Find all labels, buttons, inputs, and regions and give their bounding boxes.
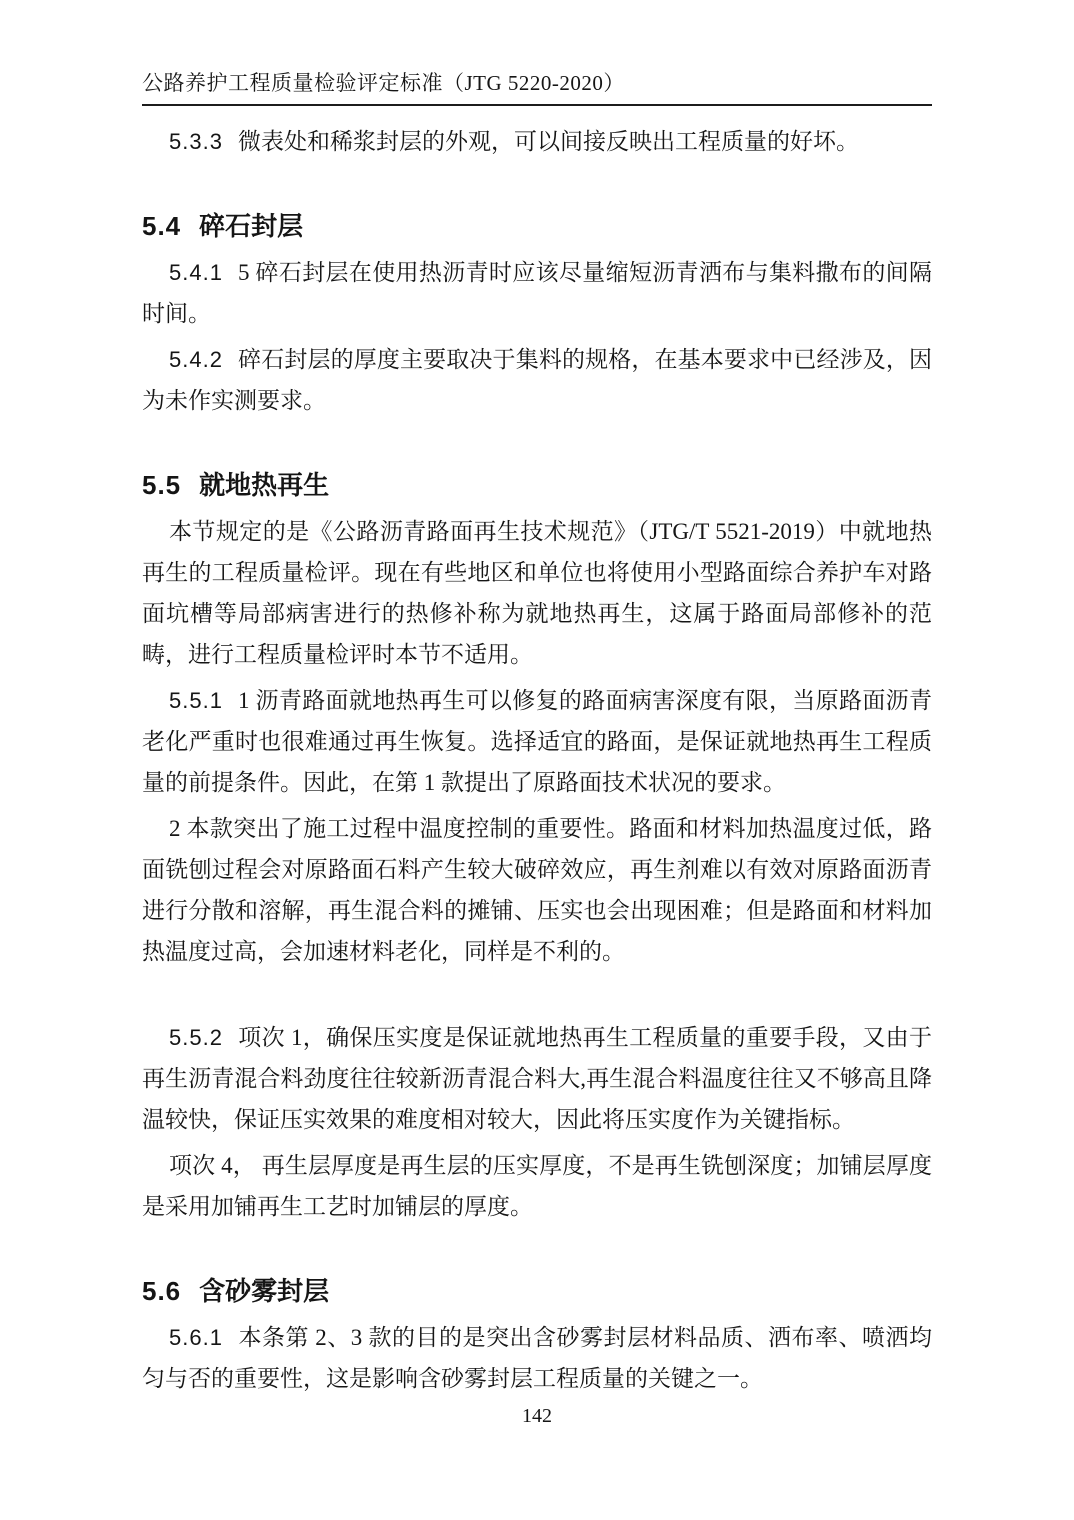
clause-5-4-2-number: 5.4.2 [169,347,223,372]
document-page: 公路养护工程质量检验评定标准（JTG 5220-2020） 5.3.3微表处和稀… [0,0,1074,1520]
page-number: 142 [522,1405,552,1427]
section-5-5-number: 5.5 [142,470,181,500]
page-footer: 142 [0,1404,1074,1428]
clause-5-5-2-number: 5.5.2 [169,1025,223,1050]
clause-5-3-3-number: 5.3.3 [169,129,223,154]
clause-5-6-1-number: 5.6.1 [169,1325,223,1350]
clause-5-5-1-number: 5.5.1 [169,688,223,713]
section-heading-5-5: 5.5就地热再生 [142,465,932,506]
clause-5-4-2-text: 碎石封层的厚度主要取决于集料的规格，在基本要求中已经涉及，因为未作实测要求。 [142,347,932,413]
clause-5-5-2: 5.5.2项次 1，确保压实度是保证就地热再生工程质量的重要手段，又由于再生沥青… [142,1017,932,1140]
section-5-6-title: 含砂雾封层 [199,1276,329,1306]
section-5-5-title: 就地热再生 [199,470,329,500]
clause-5-5-1: 5.5.11 沥青路面就地热再生可以修复的路面病害深度有限，当原路面沥青老化严重… [142,680,932,803]
clause-5-6-1-text: 本条第 2、3 款的目的是突出含砂雾封层材料品质、洒布率、喷洒均匀与否的重要性，… [142,1325,932,1391]
clause-5-4-1-number: 5.4.1 [169,260,223,285]
running-header: 公路养护工程质量检验评定标准（JTG 5220-2020） [142,70,932,106]
section-5-4-title: 碎石封层 [199,211,303,241]
clause-5-4-1: 5.4.15 碎石封层在使用热沥青时应该尽量缩短沥青洒布与集料撒布的间隔时间。 [142,252,932,334]
paragraph-5-5-intro: 本节规定的是《公路沥青路面再生技术规范》（JTG/T 5521-2019）中就地… [142,511,932,675]
clause-5-5-2-text: 项次 1，确保压实度是保证就地热再生工程质量的重要手段，又由于再生沥青混合料劲度… [142,1025,932,1132]
section-heading-5-6: 5.6含砂雾封层 [142,1271,932,1312]
running-header-title: 公路养护工程质量检验评定标准（JTG 5220-2020） [142,71,625,95]
paragraph-5-5-item2: 2 本款突出了施工过程中温度控制的重要性。路面和材料加热温度过低，路面铣刨过程会… [142,808,932,972]
clause-5-6-1: 5.6.1本条第 2、3 款的目的是突出含砂雾封层材料品质、洒布率、喷洒均匀与否… [142,1317,932,1399]
paragraph-5-5-item4: 项次 4， 再生层厚度是再生层的压实厚度，不是再生铣刨深度；加铺层厚度是采用加铺… [142,1145,932,1227]
clause-5-4-1-text: 5 碎石封层在使用热沥青时应该尽量缩短沥青洒布与集料撒布的间隔时间。 [142,260,932,326]
section-5-6-number: 5.6 [142,1276,181,1306]
clause-5-4-2: 5.4.2碎石封层的厚度主要取决于集料的规格，在基本要求中已经涉及，因为未作实测… [142,339,932,421]
section-5-4-number: 5.4 [142,211,181,241]
clause-5-5-1-text: 1 沥青路面就地热再生可以修复的路面病害深度有限，当原路面沥青老化严重时也很难通… [142,688,932,795]
clause-5-3-3: 5.3.3微表处和稀浆封层的外观，可以间接反映出工程质量的好坏。 [142,121,932,162]
section-heading-5-4: 5.4碎石封层 [142,206,932,247]
clause-5-3-3-text: 微表处和稀浆封层的外观，可以间接反映出工程质量的好坏。 [238,129,859,154]
